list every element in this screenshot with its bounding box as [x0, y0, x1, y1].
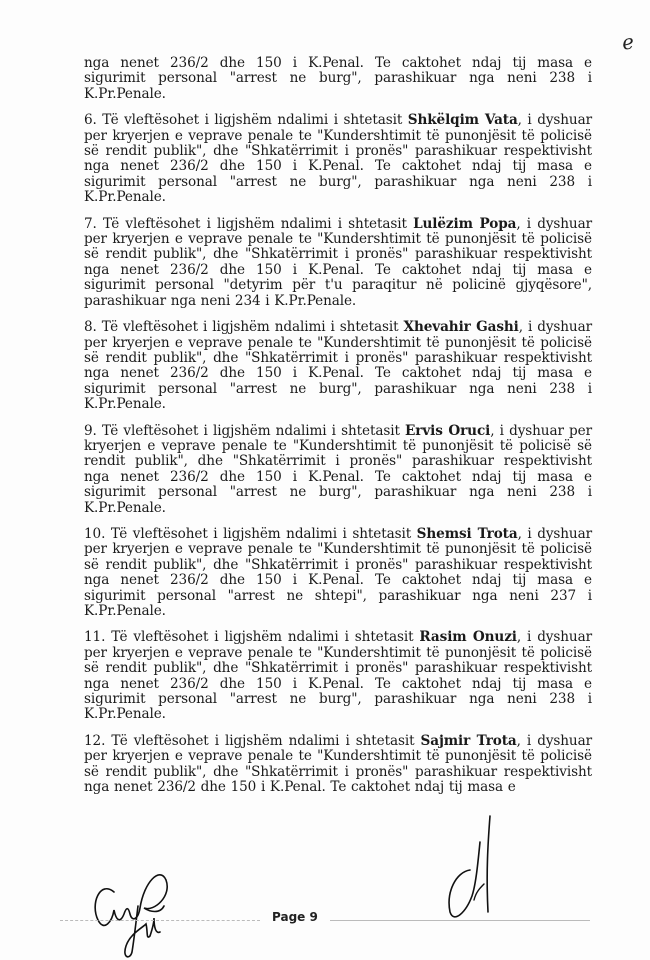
text-segment: 8. Të vleftësohet i ligjshëm ndalimi i s…	[84, 319, 404, 335]
text-line: K.Pr.Penale.	[84, 707, 592, 722]
text-segment: per kryerjen e veprave penale te "Kunder…	[84, 335, 592, 351]
text-line: kryerjen e veprave penale te "Kundershti…	[84, 439, 592, 454]
text-segment: sigurimit personal "arrest ne burg", par…	[84, 174, 592, 190]
text-line: 8. Të vleftësohet i ligjshëm ndalimi i s…	[84, 320, 592, 335]
text-line: nga nenet 236/2 dhe 150 i K.Penal. Te ca…	[84, 573, 592, 588]
text-line: per kryerjen e veprave penale te "Kunder…	[84, 542, 592, 557]
person-name: Rasim Onuzi	[419, 629, 516, 645]
text-line: per kryerjen e veprave penale te "Kunder…	[84, 646, 592, 661]
text-segment: , i dyshuar	[518, 112, 592, 128]
text-line: K.Pr.Penale.	[84, 501, 592, 516]
text-segment: per kryerjen e veprave penale te "Kunder…	[84, 748, 592, 764]
person-name: Xhevahir Gashi	[404, 319, 519, 335]
person-name: Shkëlqim Vata	[408, 112, 518, 128]
text-segment: së rendit publik", dhe "Shkatërrimit i p…	[84, 350, 592, 366]
text-line: nga nenet 236/2 dhe 150 i K.Penal. Te ca…	[84, 470, 592, 485]
decision-item-12: 12. Të vleftësohet i ligjshëm ndalimi i …	[84, 734, 592, 796]
person-name: Lulëzim Popa	[413, 216, 516, 232]
text-segment: , i dyshuar	[517, 629, 592, 645]
document-body: nga nenet 236/2 dhe 150 i K.Penal. Te ca…	[84, 56, 592, 806]
decision-item-10: 10. Të vleftësohet i ligjshëm ndalimi i …	[84, 527, 592, 619]
text-segment: së rendit publik", dhe "Shkatërrimit i p…	[84, 143, 592, 159]
text-line: per kryerjen e veprave penale te "Kunder…	[84, 336, 592, 351]
text-line: sigurimit personal "arrest ne shtepi", p…	[84, 589, 592, 604]
text-segment: , i dyshuar	[516, 216, 592, 232]
text-segment: së rendit publik", dhe "Shkatërrimit i p…	[84, 764, 592, 780]
text-segment: nga nenet 236/2 dhe 150 i K.Penal. Te ca…	[84, 55, 592, 71]
text-segment: së rendit publik", dhe "Shkatërrimit i p…	[84, 246, 592, 262]
handwritten-corner-mark: e	[620, 29, 635, 54]
text-segment: per kryerjen e veprave penale te "Kunder…	[84, 128, 592, 144]
text-segment: K.Pr.Penale.	[84, 189, 166, 205]
text-segment: kryerjen e veprave penale te "Kundershti…	[84, 438, 592, 454]
text-segment: 12. Të vleftësohet i ligjshëm ndalimi i …	[84, 733, 421, 749]
person-name: Sajmir Trota	[421, 733, 517, 749]
decision-item-continued: nga nenet 236/2 dhe 150 i K.Penal. Te ca…	[84, 56, 592, 102]
text-segment: K.Pr.Penale.	[84, 86, 166, 102]
text-segment: 6. Të vleftësohet i ligjshëm ndalimi i s…	[84, 112, 408, 128]
text-line: nga nenet 236/2 dhe 150 i K.Penal. Te ca…	[84, 780, 592, 795]
decision-item-11: 11. Të vleftësohet i ligjshëm ndalimi i …	[84, 630, 592, 722]
text-segment: së rendit publik", dhe "Shkatërrimit i p…	[84, 557, 592, 573]
text-segment: sigurimit personal "arrest ne burg", par…	[84, 691, 592, 707]
text-segment: sigurimit personal "detyrim për t'u para…	[84, 277, 592, 293]
decision-item-6: 6. Të vleftësohet i ligjshëm ndalimi i s…	[84, 113, 592, 205]
decision-item-7: 7. Të vleftësohet i ligjshëm ndalimi i s…	[84, 217, 592, 309]
person-name: Ervis Oruci	[405, 423, 490, 439]
text-segment: sigurimit personal "arrest ne burg", par…	[84, 381, 592, 397]
text-segment: sigurimit personal "arrest ne shtepi", p…	[84, 588, 592, 604]
text-segment: nga nenet 236/2 dhe 150 i K.Penal. Te ca…	[84, 262, 592, 278]
text-line: së rendit publik", dhe "Shkatërrimit i p…	[84, 765, 592, 780]
text-segment: per kryerjen e veprave penale te "Kunder…	[84, 231, 592, 247]
footer-divider-left	[60, 920, 260, 921]
text-line: per kryerjen e veprave penale te "Kunder…	[84, 232, 592, 247]
text-segment: nga nenet 236/2 dhe 150 i K.Penal. Te ca…	[84, 469, 592, 485]
text-line: rendit publik", dhe "Shkatërrimit i pron…	[84, 454, 592, 469]
text-line: K.Pr.Penale.	[84, 604, 592, 619]
text-line: per kryerjen e veprave penale te "Kunder…	[84, 129, 592, 144]
text-segment: per kryerjen e veprave penale te "Kunder…	[84, 541, 592, 557]
text-line: 7. Të vleftësohet i ligjshëm ndalimi i s…	[84, 217, 592, 232]
text-segment: , i dyshuar	[519, 319, 592, 335]
text-segment: 11. Të vleftësohet i ligjshëm ndalimi i …	[84, 629, 419, 645]
text-line: sigurimit personal "arrest ne burg", par…	[84, 71, 592, 86]
text-line: K.Pr.Penale.	[84, 397, 592, 412]
text-segment: rendit publik", dhe "Shkatërrimit i pron…	[84, 453, 592, 469]
page-number: Page 9	[272, 910, 318, 924]
text-segment: 10. Të vleftësohet i ligjshëm ndalimi i …	[84, 526, 417, 542]
text-line: së rendit publik", dhe "Shkatërrimit i p…	[84, 144, 592, 159]
text-segment: K.Pr.Penale.	[84, 500, 166, 516]
text-segment: nga nenet 236/2 dhe 150 i K.Penal. Te ca…	[84, 572, 592, 588]
text-line: së rendit publik", dhe "Shkatërrimit i p…	[84, 661, 592, 676]
text-segment: , i dyshuar	[517, 733, 592, 749]
text-line: së rendit publik", dhe "Shkatërrimit i p…	[84, 351, 592, 366]
text-line: sigurimit personal "arrest ne burg", par…	[84, 485, 592, 500]
text-line: nga nenet 236/2 dhe 150 i K.Penal. Te ca…	[84, 677, 592, 692]
text-segment: 7. Të vleftësohet i ligjshëm ndalimi i s…	[84, 216, 413, 232]
text-line: 11. Të vleftësohet i ligjshëm ndalimi i …	[84, 630, 592, 645]
text-line: së rendit publik", dhe "Shkatërrimit i p…	[84, 558, 592, 573]
text-segment: K.Pr.Penale.	[84, 396, 166, 412]
text-line: per kryerjen e veprave penale te "Kunder…	[84, 749, 592, 764]
text-segment: K.Pr.Penale.	[84, 603, 166, 619]
text-line: K.Pr.Penale.	[84, 87, 592, 102]
document-page: e nga nenet 236/2 dhe 150 i K.Penal. Te …	[0, 0, 650, 960]
footer-divider-right	[330, 920, 590, 921]
text-segment: parashikuar nga neni 234 i K.Pr.Penale.	[84, 293, 356, 309]
text-segment: sigurimit personal "arrest ne burg", par…	[84, 484, 592, 500]
text-line: nga nenet 236/2 dhe 150 i K.Penal. Te ca…	[84, 159, 592, 174]
text-line: nga nenet 236/2 dhe 150 i K.Penal. Te ca…	[84, 263, 592, 278]
text-segment: K.Pr.Penale.	[84, 706, 166, 722]
text-line: 12. Të vleftësohet i ligjshëm ndalimi i …	[84, 734, 592, 749]
text-line: sigurimit personal "detyrim për t'u para…	[84, 278, 592, 293]
text-segment: nga nenet 236/2 dhe 150 i K.Penal. Te ca…	[84, 779, 516, 795]
person-name: Shemsi Trota	[417, 526, 518, 542]
text-line: nga nenet 236/2 dhe 150 i K.Penal. Te ca…	[84, 366, 592, 381]
signature-right-icon	[430, 812, 510, 922]
text-line: K.Pr.Penale.	[84, 190, 592, 205]
text-line: 6. Të vleftësohet i ligjshëm ndalimi i s…	[84, 113, 592, 128]
text-segment: , i dyshuar per	[490, 423, 592, 439]
text-segment: nga nenet 236/2 dhe 150 i K.Penal. Te ca…	[84, 676, 592, 692]
text-segment: sigurimit personal "arrest ne burg", par…	[84, 70, 592, 86]
text-line: sigurimit personal "arrest ne burg", par…	[84, 382, 592, 397]
text-line: sigurimit personal "arrest ne burg", par…	[84, 692, 592, 707]
text-line: së rendit publik", dhe "Shkatërrimit i p…	[84, 247, 592, 262]
text-segment: per kryerjen e veprave penale te "Kunder…	[84, 645, 592, 661]
text-line: parashikuar nga neni 234 i K.Pr.Penale.	[84, 294, 592, 309]
text-line: nga nenet 236/2 dhe 150 i K.Penal. Te ca…	[84, 56, 592, 71]
text-segment: , i dyshuar	[518, 526, 592, 542]
decision-item-8: 8. Të vleftësohet i ligjshëm ndalimi i s…	[84, 320, 592, 412]
decision-item-9: 9. Të vleftësohet i ligjshëm ndalimi i s…	[84, 424, 592, 516]
text-segment: nga nenet 236/2 dhe 150 i K.Penal. Te ca…	[84, 158, 592, 174]
text-line: 10. Të vleftësohet i ligjshëm ndalimi i …	[84, 527, 592, 542]
page-footer: Page 9	[60, 910, 590, 930]
text-line: sigurimit personal "arrest ne burg", par…	[84, 175, 592, 190]
text-segment: së rendit publik", dhe "Shkatërrimit i p…	[84, 660, 592, 676]
text-segment: nga nenet 236/2 dhe 150 i K.Penal. Te ca…	[84, 365, 592, 381]
text-line: 9. Të vleftësohet i ligjshëm ndalimi i s…	[84, 424, 592, 439]
text-segment: 9. Të vleftësohet i ligjshëm ndalimi i s…	[84, 423, 405, 439]
